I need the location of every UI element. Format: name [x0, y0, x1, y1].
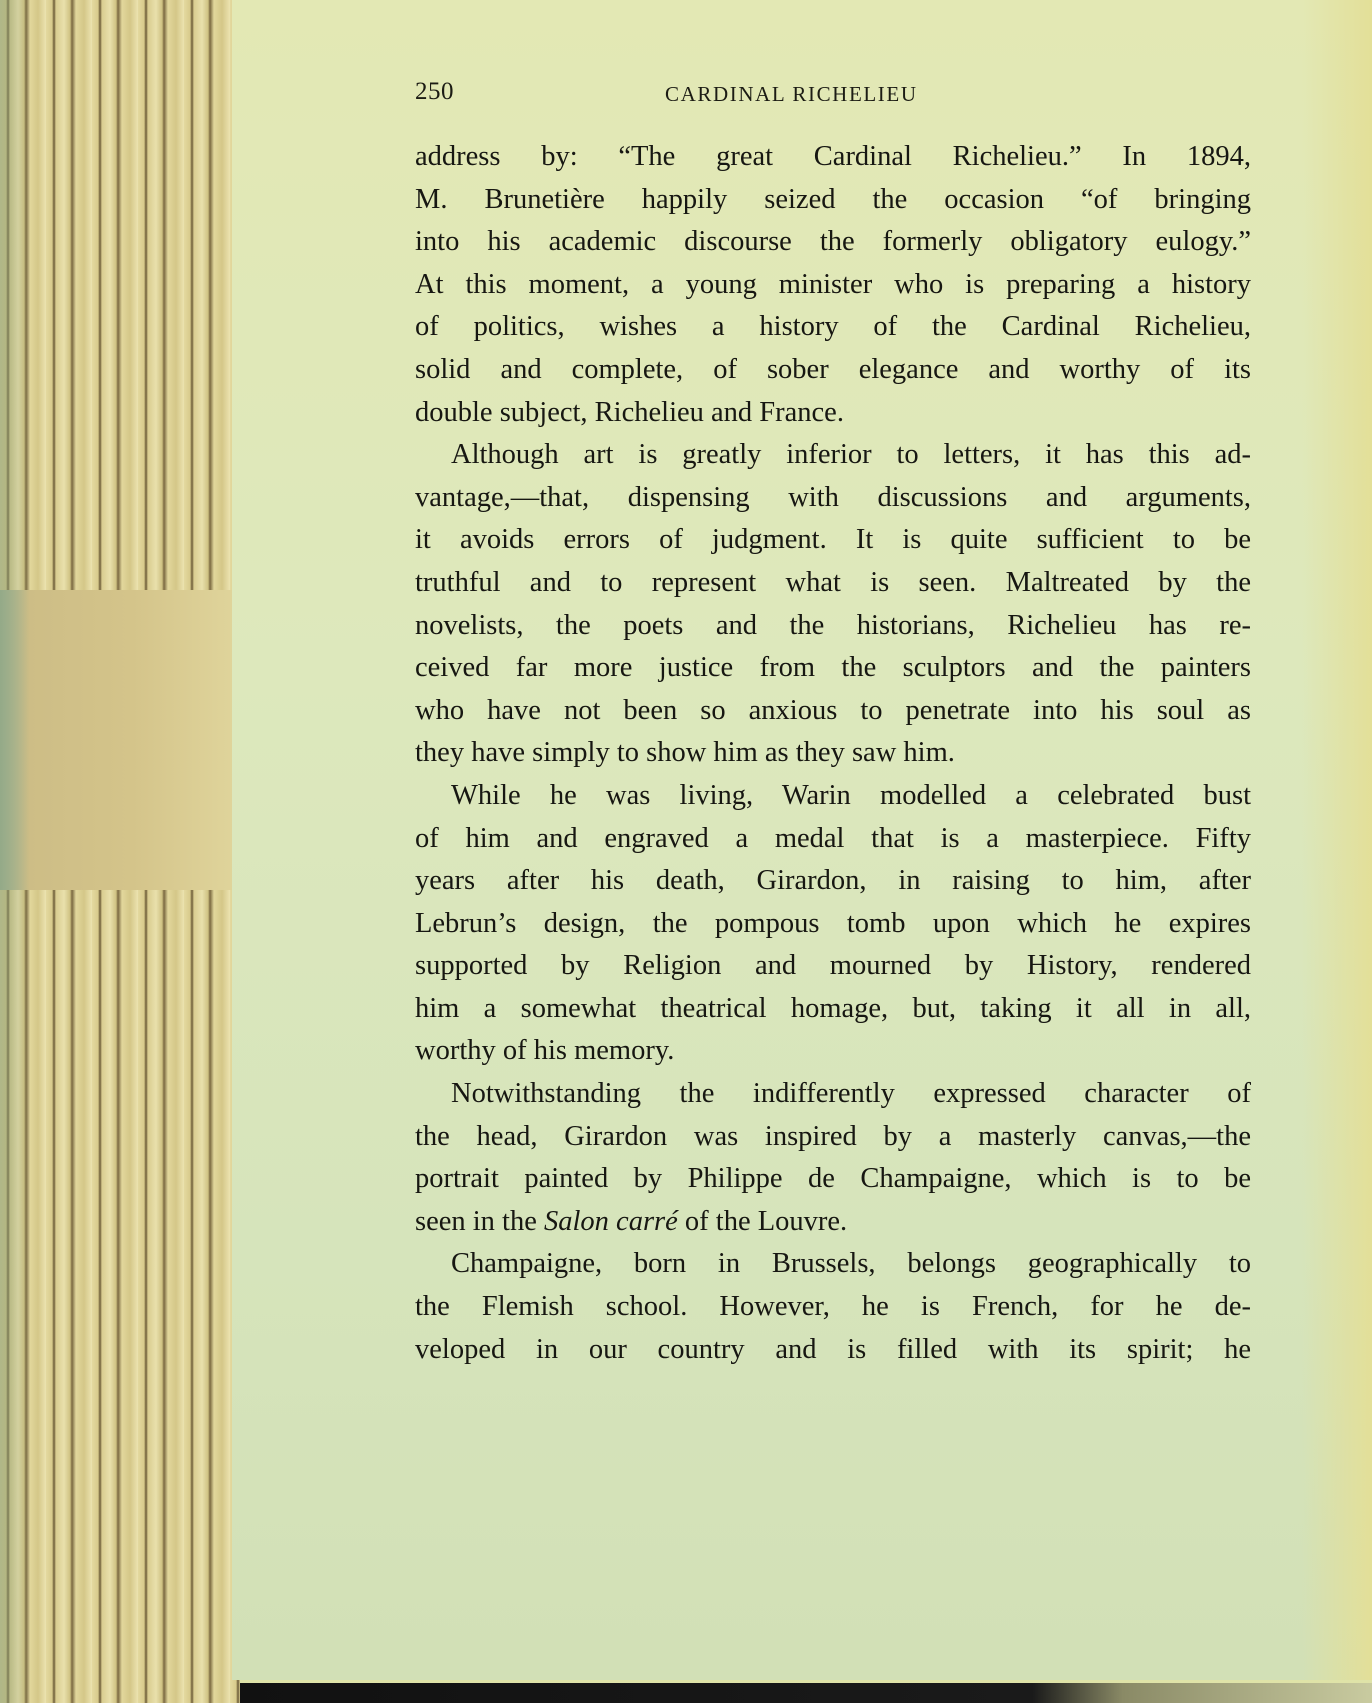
text-line: veloped in our country and is filled wit… — [415, 1329, 1251, 1372]
running-title: CARDINAL RICHELIEU — [665, 82, 918, 107]
text-line: Notwithstanding the indifferently expres… — [415, 1073, 1251, 1116]
text-line: seen in the Salon carré of the Louvre. — [415, 1201, 1251, 1244]
page-bottom-shadow — [240, 1683, 1372, 1703]
text-line: M. Brunetière happily seized the occasio… — [415, 179, 1251, 222]
text-line: Champaigne, born in Brussels, belongs ge… — [415, 1243, 1251, 1286]
text-line: worthy of his memory. — [415, 1030, 1251, 1073]
text-line: it avoids errors of judgment. It is quit… — [415, 519, 1251, 562]
text-line: into his academic discourse the formerly… — [415, 221, 1251, 264]
text-segment: of the Louvre. — [678, 1206, 847, 1237]
paragraph-5: Champaigne, born in Brussels, belongs ge… — [415, 1243, 1251, 1371]
text-line: him a somewhat theatrical homage, but, t… — [415, 988, 1251, 1031]
text-line: the Flemish school. However, he is Frenc… — [415, 1286, 1251, 1329]
running-head: 250 CARDINAL RICHELIEU — [415, 78, 1195, 114]
text-line: At this moment, a young minister who is … — [415, 264, 1251, 307]
text-line: While he was living, Warin modelled a ce… — [415, 775, 1251, 818]
text-line: solid and complete, of sober elegance an… — [415, 349, 1251, 392]
text-line: the head, Girardon was inspired by a mas… — [415, 1116, 1251, 1159]
text-line: who have not been so anxious to penetrat… — [415, 690, 1251, 733]
paragraph-4: Notwithstanding the indifferently expres… — [415, 1073, 1251, 1243]
text-line: supported by Religion and mourned by His… — [415, 945, 1251, 988]
book-page-edges — [0, 0, 240, 1703]
text-line: address by: “The great Cardinal Richelie… — [415, 136, 1251, 179]
text-line: they have simply to show him as they saw… — [415, 732, 1251, 775]
text-line: truthful and to represent what is seen. … — [415, 562, 1251, 605]
body-text: address by: “The great Cardinal Richelie… — [415, 136, 1251, 1371]
italic-title-salon-carre: Salon carré — [544, 1206, 678, 1237]
text-segment: seen in the — [415, 1206, 544, 1237]
text-line: novelists, the poets and the historians,… — [415, 605, 1251, 648]
page-number: 250 — [415, 78, 454, 106]
text-line: Lebrun’s design, the pompous tomb upon w… — [415, 903, 1251, 946]
text-line: Although art is greatly inferior to lett… — [415, 434, 1251, 477]
text-line: double subject, Richelieu and France. — [415, 392, 1251, 435]
page-edges-shadow-band — [0, 590, 240, 890]
paragraph-1: address by: “The great Cardinal Richelie… — [415, 136, 1251, 434]
gutter-shadow — [0, 0, 30, 1703]
text-line: of politics, wishes a history of the Car… — [415, 306, 1251, 349]
text-line: ceived far more justice from the sculpto… — [415, 647, 1251, 690]
text-line: vantage,—that, dispensing with discussio… — [415, 477, 1251, 520]
paragraph-3: While he was living, Warin modelled a ce… — [415, 775, 1251, 1073]
text-line: of him and engraved a medal that is a ma… — [415, 818, 1251, 861]
paragraph-2: Although art is greatly inferior to lett… — [415, 434, 1251, 775]
text-line: portrait painted by Philippe de Champaig… — [415, 1158, 1251, 1201]
text-line: years after his death, Girardon, in rais… — [415, 860, 1251, 903]
